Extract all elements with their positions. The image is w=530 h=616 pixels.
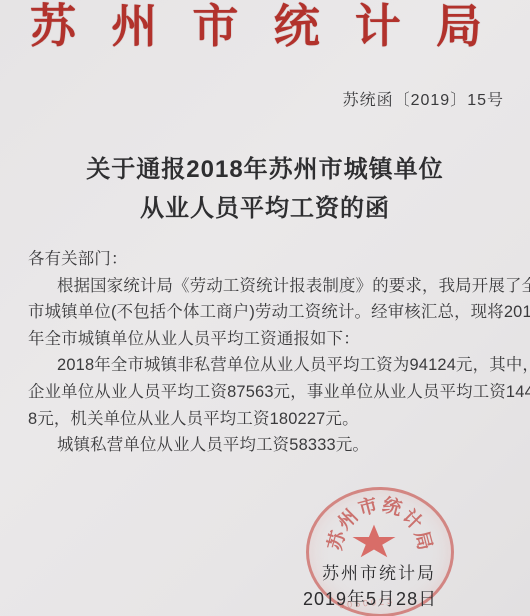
agency-letterhead: 苏 州 市 统 计 局 xyxy=(30,0,482,52)
document-title-line1: 关于通报2018年苏州市城镇单位 xyxy=(0,150,530,189)
agency-char: 计 xyxy=(355,0,401,52)
agency-char: 统 xyxy=(274,0,320,52)
signature-organization: 苏州市统计局 xyxy=(322,559,436,584)
agency-char: 州 xyxy=(111,0,157,52)
agency-char: 市 xyxy=(192,0,238,52)
signature-date: 2019年5月28日 xyxy=(303,585,437,611)
body-line: 8元，机关单位从业人员平均工资180227元。 xyxy=(28,406,506,433)
body-line: 年全市城镇单位从业人员平均工资通报如下： xyxy=(28,326,506,353)
body-line: 市城镇单位(不包括个体工商户)劳动工资统计。经审核汇总，现将2018 xyxy=(28,299,506,326)
document-number: 苏统函〔2019〕15号 xyxy=(343,87,504,110)
agency-char: 苏 xyxy=(30,0,76,52)
official-letter-page: 苏 州 市 统 计 局 苏统函〔2019〕15号 关于通报2018年苏州市城镇单… xyxy=(0,0,530,616)
body-line: 企业单位从业人员平均工资87563元，事业单位从业人员平均工资14450 xyxy=(28,379,506,406)
body-line: 城镇私营单位从业人员平均工资58333元。 xyxy=(28,432,506,459)
body-line: 2018年全市城镇非私营单位从业人员平均工资为94124元，其中， xyxy=(28,352,506,379)
agency-char: 局 xyxy=(436,0,482,52)
document-title: 关于通报2018年苏州市城镇单位 从业人员平均工资的函 xyxy=(0,150,530,228)
document-title-line2: 从业人员平均工资的函 xyxy=(0,189,530,228)
document-body: 各有关部门： 根据国家统计局《劳动工资统计报表制度》的要求，我局开展了全 市城镇… xyxy=(28,246,506,459)
body-salutation: 各有关部门： xyxy=(28,246,506,273)
body-line: 根据国家统计局《劳动工资统计报表制度》的要求，我局开展了全 xyxy=(28,273,506,300)
